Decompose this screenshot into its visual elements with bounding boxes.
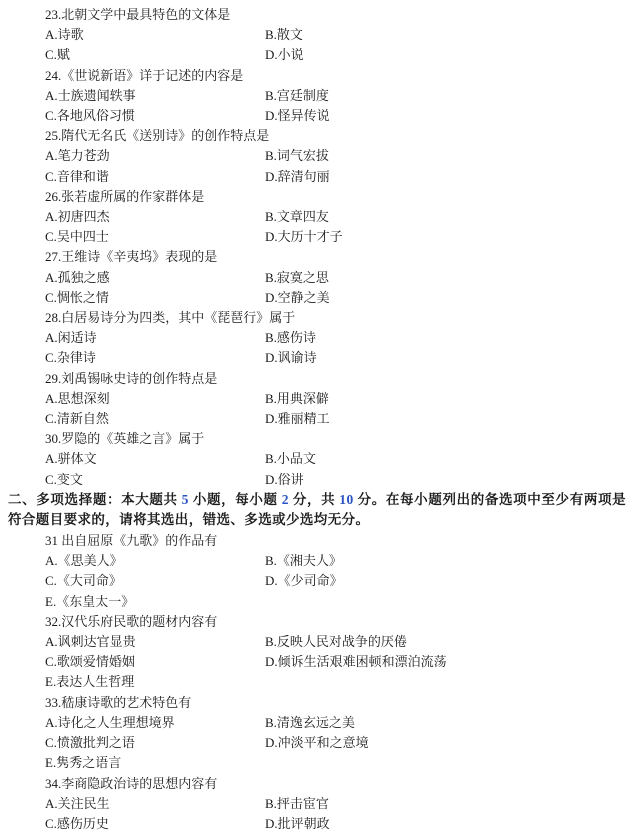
option-label: B.《湘夫人》 xyxy=(265,551,626,571)
option-label: B.用典深僻 xyxy=(265,389,626,409)
question-number: 24. xyxy=(45,68,61,83)
option-label: B.清逸玄远之美 xyxy=(265,713,626,733)
option-label: C.《大司命》 xyxy=(45,571,265,591)
option-label: A.《思美人》 xyxy=(45,551,265,571)
option-row: E.《东皇太一》 xyxy=(45,592,626,612)
question-block: 32.汉代乐府民歌的题材内容有A.讽刺达官显贵B.反映人民对战争的厌倦C.歌颂爱… xyxy=(45,612,626,693)
option-row: C.清新自然D.雅丽精工 xyxy=(45,409,626,429)
question-stem-line: 34.李商隐政治诗的思想内容有 xyxy=(45,774,626,794)
option-label: A.闲适诗 xyxy=(45,328,265,348)
option-label: C.各地风俗习惯 xyxy=(45,106,265,126)
option-row: A.士族遗闻轶事B.宫廷制度 xyxy=(45,86,626,106)
option-row: C.吴中四士D.大历十才子 xyxy=(45,227,626,247)
header-score-number: 10 xyxy=(339,492,353,507)
option-row: A.讽刺达官显贵B.反映人民对战争的厌倦 xyxy=(45,632,626,652)
question-stem-line: 27.王维诗《辛夷坞》表现的是 xyxy=(45,247,626,267)
option-label: A.初唐四杰 xyxy=(45,207,265,227)
option-label: A.孤独之感 xyxy=(45,268,265,288)
option-label: A.士族遗闻轶事 xyxy=(45,86,265,106)
option-label: E.隽秀之语言 xyxy=(45,753,265,773)
option-label: D.冲淡平和之意境 xyxy=(265,733,626,753)
option-label: B.寂寞之思 xyxy=(265,268,626,288)
option-row: C.歌颂爱情婚姻D.倾诉生活艰难困顿和漂泊流荡 xyxy=(45,652,626,672)
header-text: 小题，每小题 xyxy=(189,492,282,507)
question-block: 34.李商隐政治诗的思想内容有A.关注民生B.抨击宦官C.感伤历史D.批评朝政 xyxy=(45,774,626,834)
option-label: D.怪异传说 xyxy=(265,106,626,126)
option-label: D.批评朝政 xyxy=(265,814,626,834)
option-label: B.文章四友 xyxy=(265,207,626,227)
question-stem: 出自屈原《九歌》的作品有 xyxy=(61,533,217,548)
option-label: B.抨击宦官 xyxy=(265,794,626,814)
question-stem-line: 23.北朝文学中最具特色的文体是 xyxy=(45,5,626,25)
question-stem-line: 28.白居易诗分为四类，其中《琵琶行》属于 xyxy=(45,308,626,328)
option-label: A.关注民生 xyxy=(45,794,265,814)
option-label: C.赋 xyxy=(45,45,265,65)
question-block: 23.北朝文学中最具特色的文体是A.诗歌B.散文C.赋D.小说 xyxy=(45,5,626,66)
header-text: 二、多项选择题：本大题共 xyxy=(8,492,182,507)
question-block: 27.王维诗《辛夷坞》表现的是A.孤独之感B.寂寞之思C.惆怅之情D.空静之美 xyxy=(45,247,626,308)
option-row: C.音律和谐D.辞清句丽 xyxy=(45,167,626,187)
question-number: 25. xyxy=(45,128,61,143)
option-label: A.思想深刻 xyxy=(45,389,265,409)
option-label: D.讽谕诗 xyxy=(265,348,626,368)
question-stem: 刘禹锡咏史诗的创作特点是 xyxy=(61,371,217,386)
option-label: D.大历十才子 xyxy=(265,227,626,247)
option-row: A.初唐四杰B.文章四友 xyxy=(45,207,626,227)
option-label: B.词气宏拔 xyxy=(265,146,626,166)
option-label: C.感伤历史 xyxy=(45,814,265,834)
option-label: C.变文 xyxy=(45,470,265,490)
question-stem-line: 32.汉代乐府民歌的题材内容有 xyxy=(45,612,626,632)
question-stem: 北朝文学中最具特色的文体是 xyxy=(61,7,230,22)
question-number: 32. xyxy=(45,614,61,629)
option-row: C.惆怅之情D.空静之美 xyxy=(45,288,626,308)
option-row: E.表达人生哲理 xyxy=(45,672,626,692)
question-stem: 嵇康诗歌的艺术特色有 xyxy=(61,695,191,710)
option-label: B.感伤诗 xyxy=(265,328,626,348)
single-choice-section: 23.北朝文学中最具特色的文体是A.诗歌B.散文C.赋D.小说24.《世说新语》… xyxy=(45,5,626,490)
exam-page: 23.北朝文学中最具特色的文体是A.诗歌B.散文C.赋D.小说24.《世说新语》… xyxy=(0,0,634,834)
option-label: A.骈体文 xyxy=(45,449,265,469)
option-label: C.惆怅之情 xyxy=(45,288,265,308)
question-number: 34. xyxy=(45,776,61,791)
option-row: A.《思美人》B.《湘夫人》 xyxy=(45,551,626,571)
question-stem-line: 25.隋代无名氏《送别诗》的创作特点是 xyxy=(45,126,626,146)
option-label: D.《少司命》 xyxy=(265,571,626,591)
option-label: A.诗化之人生理想境界 xyxy=(45,713,265,733)
question-stem: 张若虚所属的作家群体是 xyxy=(61,189,204,204)
option-label: C.吴中四士 xyxy=(45,227,265,247)
option-label: B.宫廷制度 xyxy=(265,86,626,106)
option-label: E.《东皇太一》 xyxy=(45,592,265,612)
option-row: C.愤激批判之语D.冲淡平和之意境 xyxy=(45,733,626,753)
question-number: 27. xyxy=(45,249,61,264)
option-row: A.骈体文B.小品文 xyxy=(45,449,626,469)
question-number: 23. xyxy=(45,7,61,22)
header-score-number: 5 xyxy=(182,492,189,507)
option-row: C.各地风俗习惯D.怪异传说 xyxy=(45,106,626,126)
option-label: A.讽刺达官显贵 xyxy=(45,632,265,652)
option-row: C.赋D.小说 xyxy=(45,45,626,65)
question-block: 25.隋代无名氏《送别诗》的创作特点是A.笔力苍劲B.词气宏拔C.音律和谐D.辞… xyxy=(45,126,626,187)
option-row: C.变文D.俗讲 xyxy=(45,470,626,490)
question-number: 28. xyxy=(45,310,61,325)
option-label: D.倾诉生活艰难困顿和漂泊流荡 xyxy=(265,652,626,672)
option-label: A.诗歌 xyxy=(45,25,265,45)
option-label: D.辞清句丽 xyxy=(265,167,626,187)
option-label: D.小说 xyxy=(265,45,626,65)
question-stem: 《世说新语》详于记述的内容是 xyxy=(61,68,243,83)
option-label: E.表达人生哲理 xyxy=(45,672,265,692)
question-stem: 罗隐的《英雄之言》属于 xyxy=(61,431,204,446)
question-stem: 汉代乐府民歌的题材内容有 xyxy=(61,614,217,629)
option-row: A.思想深刻B.用典深僻 xyxy=(45,389,626,409)
question-block: 30.罗隐的《英雄之言》属于A.骈体文B.小品文C.变文D.俗讲 xyxy=(45,429,626,490)
option-label: C.歌颂爱情婚姻 xyxy=(45,652,265,672)
option-label: B.反映人民对战争的厌倦 xyxy=(265,632,626,652)
option-label: C.杂律诗 xyxy=(45,348,265,368)
question-stem-line: 26.张若虚所属的作家群体是 xyxy=(45,187,626,207)
option-label: C.愤激批判之语 xyxy=(45,733,265,753)
question-number: 29. xyxy=(45,371,61,386)
question-block: 26.张若虚所属的作家群体是A.初唐四杰B.文章四友C.吴中四士D.大历十才子 xyxy=(45,187,626,248)
option-label: D.俗讲 xyxy=(265,470,626,490)
question-stem: 白居易诗分为四类，其中《琵琶行》属于 xyxy=(61,310,295,325)
option-label: D.空静之美 xyxy=(265,288,626,308)
question-block: 24.《世说新语》详于记述的内容是A.士族遗闻轶事B.宫廷制度C.各地风俗习惯D… xyxy=(45,66,626,127)
question-stem-line: 29.刘禹锡咏史诗的创作特点是 xyxy=(45,369,626,389)
option-label: B.小品文 xyxy=(265,449,626,469)
option-row: A.笔力苍劲B.词气宏拔 xyxy=(45,146,626,166)
question-stem: 李商隐政治诗的思想内容有 xyxy=(61,776,217,791)
header-score-number: 2 xyxy=(282,492,289,507)
question-stem: 王维诗《辛夷坞》表现的是 xyxy=(61,249,217,264)
question-block: 28.白居易诗分为四类，其中《琵琶行》属于A.闲适诗B.感伤诗C.杂律诗D.讽谕… xyxy=(45,308,626,369)
option-row: C.杂律诗D.讽谕诗 xyxy=(45,348,626,368)
question-stem: 隋代无名氏《送别诗》的创作特点是 xyxy=(61,128,269,143)
option-row: A.诗歌B.散文 xyxy=(45,25,626,45)
option-label: D.雅丽精工 xyxy=(265,409,626,429)
question-block: 33.嵇康诗歌的艺术特色有A.诗化之人生理想境界B.清逸玄远之美C.愤激批判之语… xyxy=(45,693,626,774)
header-text: 分，共 xyxy=(289,492,339,507)
option-label: A.笔力苍劲 xyxy=(45,146,265,166)
option-row: C.感伤历史D.批评朝政 xyxy=(45,814,626,834)
question-number: 31 xyxy=(45,533,61,548)
question-block: 29.刘禹锡咏史诗的创作特点是A.思想深刻B.用典深僻C.清新自然D.雅丽精工 xyxy=(45,369,626,430)
option-row: A.诗化之人生理想境界B.清逸玄远之美 xyxy=(45,713,626,733)
question-block: 31 出自屈原《九歌》的作品有A.《思美人》B.《湘夫人》C.《大司命》D.《少… xyxy=(45,531,626,612)
question-number: 30. xyxy=(45,431,61,446)
question-number: 26. xyxy=(45,189,61,204)
option-row: E.隽秀之语言 xyxy=(45,753,626,773)
question-stem-line: 30.罗隐的《英雄之言》属于 xyxy=(45,429,626,449)
option-row: C.《大司命》D.《少司命》 xyxy=(45,571,626,591)
question-number: 33. xyxy=(45,695,61,710)
question-stem-line: 24.《世说新语》详于记述的内容是 xyxy=(45,66,626,86)
option-row: A.孤独之感B.寂寞之思 xyxy=(45,268,626,288)
question-stem-line: 31 出自屈原《九歌》的作品有 xyxy=(45,531,626,551)
option-row: A.闲适诗B.感伤诗 xyxy=(45,328,626,348)
option-label: C.音律和谐 xyxy=(45,167,265,187)
question-stem-line: 33.嵇康诗歌的艺术特色有 xyxy=(45,693,626,713)
option-row: A.关注民生B.抨击宦官 xyxy=(45,794,626,814)
option-label: B.散文 xyxy=(265,25,626,45)
multi-choice-section: 31 出自屈原《九歌》的作品有A.《思美人》B.《湘夫人》C.《大司命》D.《少… xyxy=(45,531,626,834)
option-label: C.清新自然 xyxy=(45,409,265,429)
multi-choice-section-header: 二、多项选择题：本大题共 5 小题，每小题 2 分，共 10 分。在每小题列出的… xyxy=(8,490,626,531)
